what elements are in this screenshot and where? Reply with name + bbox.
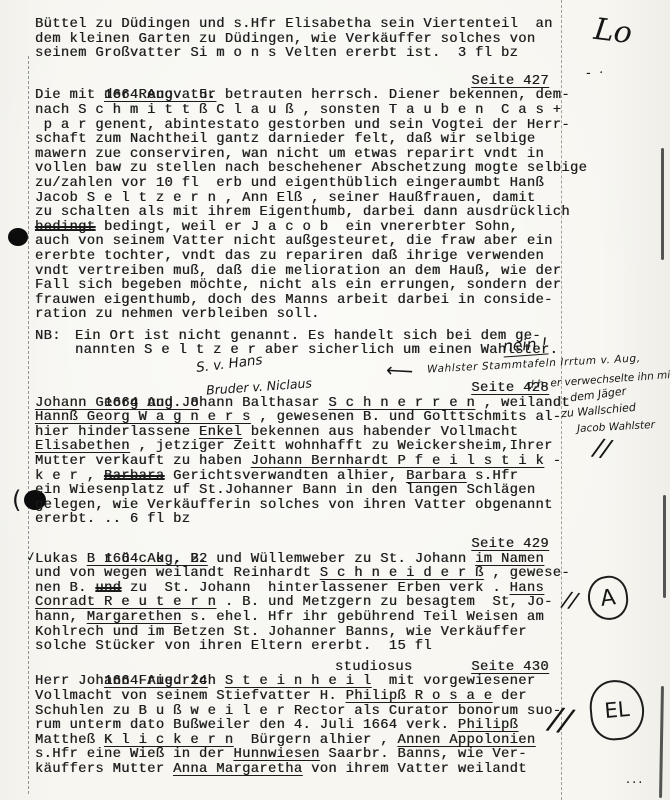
handwritten-slash-mark: //: [592, 433, 612, 463]
text-line: auch von seinem Vatter nicht außgesteure…: [35, 235, 563, 250]
text-line: vndt vertreiben muß, daß die melioration…: [35, 265, 563, 280]
nb-note: NB: Ein Ort ist nicht genannt. Es handel…: [35, 330, 563, 359]
scan-edge-line: [661, 148, 664, 260]
left-margin-rule: [28, 56, 29, 794]
text-line: vollen baw zu stellen nach beschehener A…: [35, 162, 563, 177]
entry-1664-aug-24: 1664 Aug. 24 studiosus Seite 430 Herr Jo…: [35, 661, 563, 778]
text-line: Jacob S e l t z e r n , Ann Elß , seiner…: [35, 192, 563, 207]
text-line: Büttel zu Düdingen und s.Hfr Elisabetha …: [35, 18, 563, 33]
text-line: Schuhlen zu B u ß w e i l e r Rector als…: [35, 705, 563, 720]
text-line: ration zu nehmen verbleiben soll.: [35, 308, 563, 323]
text-line: Vollmacht von seinem Stiefvatter H. Phil…: [35, 690, 563, 705]
entry-header: 1664 Aug. 24 studiosus Seite 430: [35, 661, 563, 676]
circled-letters-el: EL: [587, 678, 646, 742]
text-line: Mutter verkauft zu haben Johann Bernhard…: [35, 455, 563, 470]
text-line: seinem Großvatter Si m o n s Velten erer…: [35, 47, 563, 62]
handwritten-left-arrow: ⟵: [385, 359, 413, 382]
scan-edge-line: [663, 495, 666, 598]
text-line: nach S c h m i t t ß C l a u ß , sonsten…: [35, 104, 563, 119]
text-line: nannten S e l t z e r aber sicherlich um…: [75, 344, 558, 359]
entry-body: Johann Georg und Johann Balthasar S c h …: [35, 397, 563, 528]
text-line: p a r genent, abintestato gestorben und …: [35, 119, 563, 134]
nb-label: NB:: [35, 330, 75, 359]
handwritten-lo-mark: Lo: [592, 12, 634, 51]
text-line: und von wegen weilandt Reinhardt S c h n…: [35, 567, 563, 582]
text-line: käuffers Mutter Anna Margaretha von ihre…: [35, 763, 563, 778]
entry-body: Herr Johann Friedrich S t e i n h e i l …: [35, 675, 563, 777]
punch-hole: [8, 228, 28, 246]
entry-date: 1664 Aug. 24: [104, 674, 208, 689]
text-line: Conradt R e u t e r n . B. und Metzgern …: [35, 596, 563, 611]
entry-1664-aug-22: 1664 Aug. 22 Seite 429 Lukas B r ü c k ,…: [35, 538, 563, 655]
circled-letter-a: A: [585, 574, 630, 623]
intro-paragraph: Büttel zu Düdingen und s.Hfr Elisabetha …: [35, 18, 563, 62]
text-line: s.Hfr eine Wieß in der Hunnwiesen Saarbr…: [35, 748, 563, 763]
text-line: ein Wiesenplatz uf St.Johanner Bann in d…: [35, 484, 563, 499]
text-line: dem kleinen Garten zu Düdingen, wie Verk…: [35, 33, 563, 48]
page-reference: Seite 430: [471, 661, 549, 676]
entry-date: 1664 Aug. 5.: [104, 88, 216, 103]
entry-1664-aug-5: 1664 Aug. 5. Seite 427 Die mit der Renov…: [35, 75, 563, 323]
entry-body: Lukas B r ü c k , B. und Wüllemweber zu …: [35, 553, 563, 655]
handwritten-paren-mark: (: [12, 486, 21, 514]
scan-edge-line: [659, 686, 664, 798]
text-line: Hannß Georg W a g n e r s , gewesenen B.…: [35, 411, 563, 426]
entry-body: Die mit der Renovatur betrauten herrsch.…: [35, 89, 563, 323]
typewritten-text-column: Büttel zu Düdingen und s.Hfr Elisabetha …: [35, 18, 563, 778]
scanned-document-page: Büttel zu Düdingen und s.Hfr Elisabetha …: [0, 0, 670, 800]
handwritten-note-nein: nein !: [502, 334, 548, 357]
scan-artifact-dots: ...: [626, 772, 644, 787]
text-line: Elisabethen , jetziger Zeitt wohnhafft z…: [35, 440, 563, 455]
page-reference: Seite 427: [471, 75, 549, 90]
text-line: zu schalten als mit ihrem Eigenthumb, da…: [35, 206, 563, 221]
text-line: Fall sich begeben möchte, nicht als ein …: [35, 279, 563, 294]
handwritten-corner-dash: - ·: [586, 66, 605, 81]
text-line: ererbt. .. 6 fl bz: [35, 513, 563, 528]
entry-header: 1664 Aug. 22 Seite 429: [35, 538, 563, 553]
handwritten-slash-mark: //: [561, 587, 579, 613]
page-reference: Seite 429: [471, 538, 549, 553]
text-line: rum unterm dato Bußweiler den 4. Juli 16…: [35, 719, 563, 734]
entry-date: 1664 Aug. 8: [104, 396, 199, 411]
nb-body: Ein Ort ist nicht genannt. Es handelt si…: [75, 330, 558, 359]
entry-center-note: studiosus: [335, 661, 413, 676]
text-line: ererbte tochter, vndt das zu repariren d…: [35, 250, 563, 265]
text-line: zu/zahlen vor 10 fl erb und eigenthüblic…: [35, 177, 563, 192]
entry-date: 1664 Aug. 22: [104, 552, 208, 567]
entry-1664-aug-8: 1664 Aug. 8 Seite 428 Johann Georg und J…: [35, 382, 563, 528]
text-line: solche Stücker von ihren Eltern ererbt. …: [35, 640, 563, 655]
text-line: hann, Margarethen s. ehel. Hfr ihr gebüh…: [35, 611, 563, 626]
text-line: schaft zum Nachtheil gantz darnieder fel…: [35, 133, 563, 148]
text-line: Kohlrech und im Betzen St. Johanner Bann…: [35, 626, 563, 641]
entry-header: 1664 Aug. 5. Seite 427: [35, 75, 563, 90]
handwritten-note-jacob-wahlster: Jacob Wahlster: [577, 419, 655, 435]
